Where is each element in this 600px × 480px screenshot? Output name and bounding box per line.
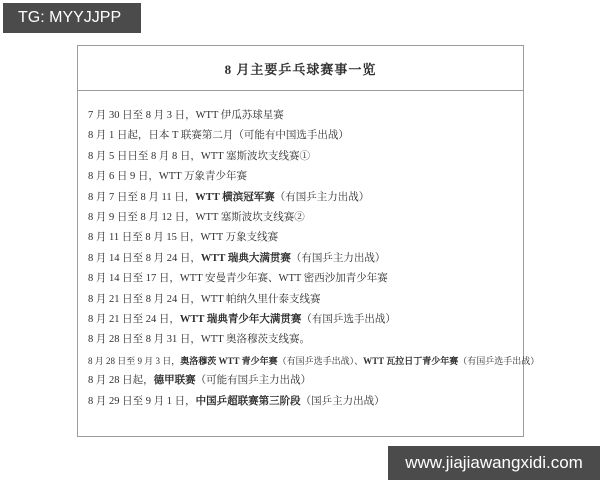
event-text: 8 月 14 日至 17 日，WTT 安曼青少年赛、WTT 密西沙加青少年赛 <box>88 273 388 284</box>
event-line: 8 月 28 日至 8 月 31 日，WTT 奥洛穆茨支线赛。 <box>88 330 514 350</box>
event-text: 8 月 9 日至 8 月 12 日，WTT 塞斯波坎支线赛② <box>88 212 305 223</box>
event-name-emphasis: WTT 横滨冠军赛 <box>195 192 274 203</box>
event-line: 8 月 9 日至 8 月 12 日，WTT 塞斯波坎支线赛② <box>88 208 514 228</box>
event-name-emphasis: WTT 瑞典青少年大满贯赛 <box>180 314 301 325</box>
event-line: 8 月 28 日起，德甲联赛（可能有国乒主力出战） <box>88 371 514 391</box>
event-text: （有国乒主力出战） <box>291 253 386 264</box>
event-list: 7 月 30 日至 8 月 3 日，WTT 伊瓜苏球星赛8 月 1 日起，日本 … <box>78 91 523 412</box>
event-name-emphasis: WTT 瑞典大满贯赛 <box>201 253 291 264</box>
event-name-emphasis: 奥洛穆茨 WTT 青少年赛 <box>180 356 277 366</box>
event-text: （有国乒主力出战） <box>275 192 370 203</box>
event-text: 8 月 21 日至 8 月 24 日，WTT 帕纳久里什泰支线赛 <box>88 294 321 305</box>
event-line: 8 月 21 日至 24 日，WTT 瑞典青少年大满贯赛（有国乒选手出战） <box>88 310 514 330</box>
event-line: 8 月 7 日至 8 月 11 日，WTT 横滨冠军赛（有国乒主力出战） <box>88 188 514 208</box>
event-name-emphasis: 中国乒超联赛第三阶段 <box>196 396 301 407</box>
event-text: （有国乒选手出战） <box>301 314 396 325</box>
website-watermark-text: www.jiajiawangxidi.com <box>405 453 583 473</box>
event-text: 8 月 29 日至 9 月 1 日， <box>88 396 196 407</box>
event-line: 8 月 28 日至 9 月 3 日，奥洛穆茨 WTT 青少年赛（有国乒选手出战）… <box>88 351 514 371</box>
website-watermark-badge: www.jiajiawangxidi.com <box>388 446 600 480</box>
event-text: （有国乒选手出战） <box>458 356 539 366</box>
event-line: 8 月 14 日至 17 日，WTT 安曼青少年赛、WTT 密西沙加青少年赛 <box>88 269 514 289</box>
page-title: 8 月主要乒乓球赛事一览 <box>78 46 523 91</box>
event-line: 8 月 14 日至 8 月 24 日，WTT 瑞典大满贯赛（有国乒主力出战） <box>88 249 514 269</box>
event-text: （可能有国乒主力出战） <box>196 375 312 386</box>
event-text: 7 月 30 日至 8 月 3 日，WTT 伊瓜苏球星赛 <box>88 110 284 121</box>
tg-watermark-text: TG: MYYJJPP <box>18 9 121 27</box>
event-text: 8 月 28 日至 8 月 31 日，WTT 奥洛穆茨支线赛。 <box>88 334 310 345</box>
event-text: 8 月 28 日起， <box>88 375 154 386</box>
event-text: 8 月 28 日至 9 月 3 日， <box>88 356 180 366</box>
event-text: （国乒主力出战） <box>301 396 385 407</box>
event-text: 8 月 1 日起，日本 T 联赛第二月（可能有中国选手出战） <box>88 130 349 141</box>
event-line: 8 月 21 日至 8 月 24 日，WTT 帕纳久里什泰支线赛 <box>88 290 514 310</box>
schedule-card: 8 月主要乒乓球赛事一览 7 月 30 日至 8 月 3 日，WTT 伊瓜苏球星… <box>77 45 524 437</box>
event-line: 8 月 11 日至 8 月 15 日，WTT 万象支线赛 <box>88 228 514 248</box>
event-name-emphasis: 德甲联赛 <box>154 375 196 386</box>
page: { "watermarks": { "top_left": "TG: MYYJJ… <box>0 0 600 480</box>
event-text: 8 月 21 日至 24 日， <box>88 314 180 325</box>
event-text: 8 月 6 日 9 日，WTT 万象青少年赛 <box>88 171 247 182</box>
event-line: 8 月 29 日至 9 月 1 日，中国乒超联赛第三阶段（国乒主力出战） <box>88 392 514 412</box>
event-line: 8 月 6 日 9 日，WTT 万象青少年赛 <box>88 167 514 187</box>
event-text: 8 月 11 日至 8 月 15 日，WTT 万象支线赛 <box>88 232 278 243</box>
event-name-emphasis: WTT 瓦拉日丁青少年赛 <box>363 356 458 366</box>
event-text: 8 月 14 日至 8 月 24 日， <box>88 253 201 264</box>
event-line: 8 月 1 日起，日本 T 联赛第二月（可能有中国选手出战） <box>88 126 514 146</box>
tg-watermark-badge: TG: MYYJJPP <box>3 3 141 33</box>
event-text: 8 月 5 日日至 8 月 8 日，WTT 塞斯波坎支线赛① <box>88 151 310 162</box>
event-line: 7 月 30 日至 8 月 3 日，WTT 伊瓜苏球星赛 <box>88 106 514 126</box>
event-line: 8 月 5 日日至 8 月 8 日，WTT 塞斯波坎支线赛① <box>88 147 514 167</box>
event-text: 8 月 7 日至 8 月 11 日， <box>88 192 195 203</box>
event-text: （有国乒选手出战）、 <box>278 356 364 366</box>
